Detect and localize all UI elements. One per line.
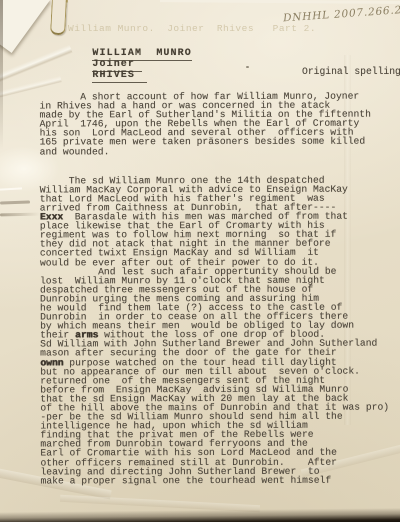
paperclip-icon <box>47 0 71 41</box>
page-top-edge <box>160 0 400 4</box>
ink-speck <box>246 66 249 68</box>
typewriter-line: and wounded. <box>40 146 396 156</box>
accession-number-handwritten: DNHHL 2007.266.24 <box>283 4 400 25</box>
torn-corner <box>0 0 50 53</box>
page-bottom-edge <box>0 508 400 522</box>
document-title: WILLIAM MUNRO Joiner RHIVES <box>64 37 216 92</box>
paper-mark <box>0 200 30 204</box>
original-spelling-note: Original spelling <box>302 66 400 77</box>
paper-mark <box>0 213 40 217</box>
paperclip-wire <box>50 0 67 35</box>
paragraph: The sd William Munro one the 14th despat… <box>40 175 397 485</box>
typewritten-body: A short account of how far William Munro… <box>39 92 396 486</box>
line-text: make a proper signal one the tourhead we… <box>40 474 331 486</box>
paragraph: A short account of how far William Munro… <box>39 92 395 157</box>
line-text: and wounded. <box>40 146 110 157</box>
document-page: DNHHL 2007.266.24 William Munro. Joiner … <box>0 0 400 522</box>
page-left-edge <box>0 0 3 150</box>
title-place: RHIVES <box>92 70 147 83</box>
typewriter-line: make a proper signal one the tourhead we… <box>40 475 396 485</box>
bleed-through-text: William Munro. Joiner Rhives Part 2. <box>68 23 316 34</box>
